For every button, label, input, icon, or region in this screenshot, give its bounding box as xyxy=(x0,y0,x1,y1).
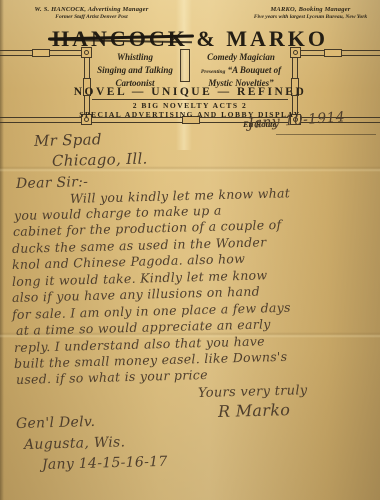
agent-credit-right: MARKO, Booking Manager Five years with l… xyxy=(248,6,373,21)
agent-left-name: W. S. HANCOCK, Advertising Manager xyxy=(24,6,159,14)
letterhead-title: HANCOCK & MARKO xyxy=(0,26,380,52)
border-bead xyxy=(324,49,342,57)
left-col-line: Whistling xyxy=(92,51,178,64)
signature: R Marko xyxy=(218,400,291,421)
column-divider-ornament xyxy=(180,49,190,82)
border-rule xyxy=(296,50,380,56)
return-address-line: Gen'l Delv. xyxy=(16,414,96,432)
agent-left-subtitle: Former Staff Artist Denver Post xyxy=(24,14,159,21)
left-col-line: Singing and Talking xyxy=(92,64,178,77)
agent-right-subtitle: Five years with largest Lyceum Bureau, N… xyxy=(248,14,373,21)
title-ampersand: & xyxy=(196,26,217,51)
act-description-left: Whistling Singing and Talking Cartoonist xyxy=(92,51,178,90)
title-hancock: HANCOCK xyxy=(52,26,188,52)
agent-right-name: MARKO, Booking Manager xyxy=(248,6,373,14)
right-col-line: Presenting “A Bouquet of xyxy=(192,64,290,77)
recipient-name: Mr Spad xyxy=(34,130,102,150)
border-corner-ornament xyxy=(81,47,92,58)
border-bead xyxy=(32,49,50,57)
border-rule xyxy=(92,99,288,100)
closing: Yours very truly xyxy=(198,383,308,401)
act-description-right: Comedy Magician Presenting “A Bouquet of… xyxy=(192,51,290,90)
border-corner-ornament xyxy=(290,47,301,58)
return-address-dates: Jany 14-15-16-17 xyxy=(42,454,168,473)
salutation: Dear Sir:- xyxy=(16,174,89,192)
agent-credit-left: W. S. HANCOCK, Advertising Manager Forme… xyxy=(24,6,159,21)
recipient-city: Chicago, Ill. xyxy=(52,149,148,169)
date-line xyxy=(276,134,376,135)
presenting-label: Presenting xyxy=(201,69,225,75)
border-rule xyxy=(0,50,84,56)
title-marko: MARKO xyxy=(226,26,328,52)
tagline: NOVEL — UNIQUE — REFINED xyxy=(0,86,380,98)
right-col-line: Comedy Magician xyxy=(192,51,290,64)
return-address-line: Augusta, Wis. xyxy=(24,434,126,453)
scanned-letter-page: W. S. HANCOCK, Advertising Manager Forme… xyxy=(0,0,380,500)
